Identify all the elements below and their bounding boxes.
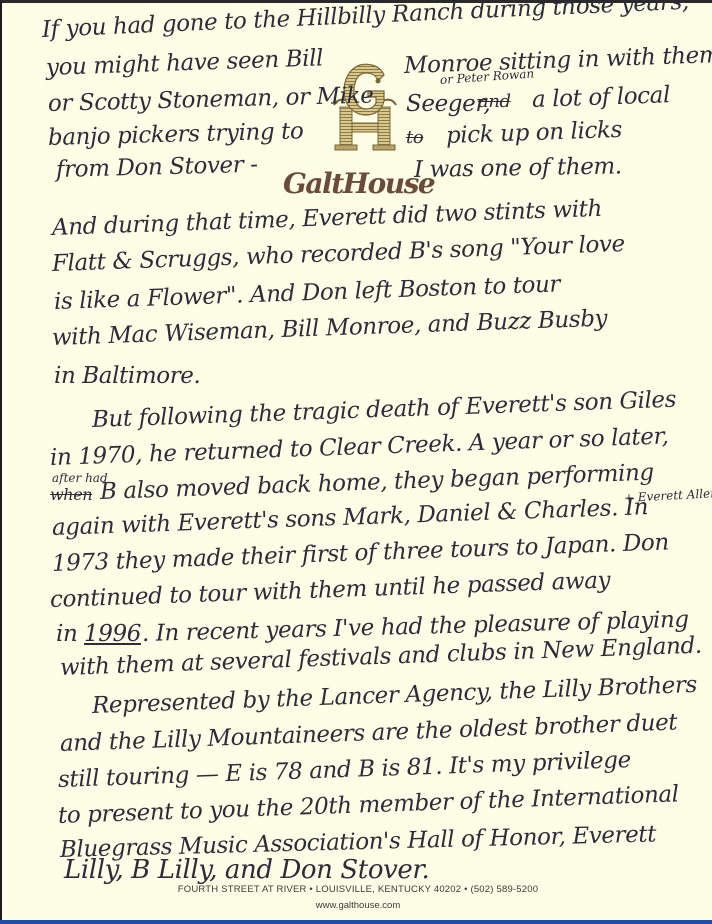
handwritten-line: from Don Stover - bbox=[56, 152, 258, 183]
handwritten-year: 1996 bbox=[84, 621, 141, 647]
handwritten-line: If you had gone to the Hillbilly Ranch d… bbox=[41, 0, 689, 43]
letter-page: GaltHouse If you had gone to the Hillbil… bbox=[0, 0, 712, 920]
struck-text: and bbox=[478, 91, 511, 112]
handwritten-line: a lot of local bbox=[532, 82, 671, 113]
handwritten-line: banjo pickers trying to bbox=[48, 118, 304, 151]
handwritten-line: pick up on licks bbox=[446, 117, 623, 149]
struck-text: when bbox=[50, 485, 92, 504]
handwritten-line: Lilly, B Lilly, and Don Stover. bbox=[64, 855, 429, 885]
inserted-text: + Everett Allen bbox=[624, 486, 712, 505]
handwritten-line: you might have seen Bill bbox=[46, 45, 324, 81]
handwritten-line: continued to tour with them until he pas… bbox=[50, 567, 611, 613]
handwritten-line: I was one of them. bbox=[414, 153, 622, 183]
handwritten-line: in Baltimore. bbox=[54, 363, 200, 389]
struck-text: to bbox=[406, 127, 423, 148]
letterhead-website-link[interactable]: www.galthouse.com bbox=[2, 900, 712, 911]
handwritten-line: with Mac Wiseman, Bill Monroe, and Buzz … bbox=[52, 306, 608, 351]
galt-house-brand-logo: GaltHouse bbox=[283, 167, 434, 200]
handwritten-line: is like a Flower". And Don left Boston t… bbox=[54, 271, 561, 315]
bottom-border-bar bbox=[0, 920, 712, 924]
letterhead-address: FOURTH STREET AT RIVER • LOUISVILLE, KEN… bbox=[2, 884, 712, 895]
handwritten-line: or Scotty Stoneman, or Mike bbox=[48, 82, 374, 117]
handwritten-line: in bbox=[56, 621, 77, 647]
